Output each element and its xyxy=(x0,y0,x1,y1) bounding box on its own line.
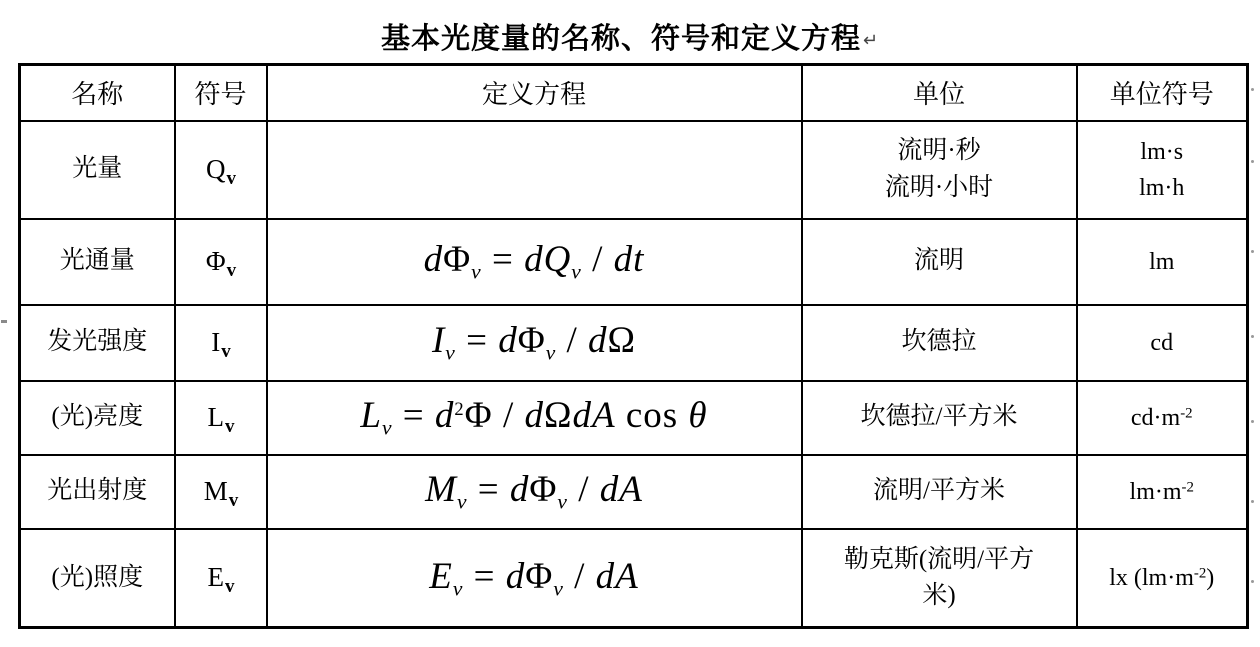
equation-cell: dΦv = dQv / dt xyxy=(267,219,802,305)
equation: Mv = dΦv / dA xyxy=(425,469,643,510)
symbol-cell: Φv xyxy=(175,219,267,305)
unit-symbol-cell: cd xyxy=(1077,305,1248,381)
table-header-row: 名称符号定义方程单位单位符号 xyxy=(20,65,1248,121)
unit-symbol-cell: lx (lm·m-2) xyxy=(1077,529,1248,628)
column-header: 定义方程 xyxy=(267,65,802,121)
margin-mark xyxy=(1251,335,1254,338)
unit-symbol-cell: lm xyxy=(1077,219,1248,305)
equation: Ev = dΦv / dA xyxy=(429,556,638,597)
quantity-name-cell: 光通量 xyxy=(20,219,175,305)
margin-mark xyxy=(1251,88,1254,91)
unit-cell: 坎德拉/平方米 xyxy=(802,381,1077,455)
table-row: 光出射度 Mv Mv = dΦv / dA 流明/平方米 lm·m-2 xyxy=(20,455,1248,529)
table-row: 光通量 Φv dΦv = dQv / dt 流明 lm xyxy=(20,219,1248,305)
symbol-subscript: v xyxy=(229,490,239,511)
symbol-cell: Qv xyxy=(175,121,267,219)
margin-mark xyxy=(1251,160,1254,163)
unit-symbol-cell: cd·m-2 xyxy=(1077,381,1248,455)
equation: Lv = d2Φ / dΩdA cos θ xyxy=(360,395,707,436)
document-page: 基本光度量的名称、符号和定义方程↵ 名称符号定义方程单位单位符号 光量 Qv 流… xyxy=(0,0,1260,647)
unit-cell: 流明 xyxy=(802,219,1077,305)
table-title-text: 基本光度量的名称、符号和定义方程 xyxy=(381,23,861,55)
symbol-cell: Iv xyxy=(175,305,267,381)
unit-cell: 流明·秒流明·小时 xyxy=(802,121,1077,219)
unit-symbol-cell: lm·slm·h xyxy=(1077,121,1248,219)
equation-cell xyxy=(267,121,802,219)
margin-mark xyxy=(1251,420,1254,423)
unit-symbol-cell: lm·m-2 xyxy=(1077,455,1248,529)
unit-cell: 勒克斯(流明/平方米) xyxy=(802,529,1077,628)
quantity-name-cell: (光)亮度 xyxy=(20,381,175,455)
quantity-name-cell: 光量 xyxy=(20,121,175,219)
column-header: 单位符号 xyxy=(1077,65,1248,121)
symbol-cell: Mv xyxy=(175,455,267,529)
table-title: 基本光度量的名称、符号和定义方程↵ xyxy=(0,16,1260,57)
unit-cell: 流明/平方米 xyxy=(802,455,1077,529)
margin-mark xyxy=(1251,500,1254,503)
symbol-base: M xyxy=(204,476,228,506)
symbol-base: Φ xyxy=(206,246,226,276)
margin-mark xyxy=(1251,250,1254,253)
symbol-base: E xyxy=(208,562,225,592)
symbol-subscript: v xyxy=(221,341,231,362)
quantity-name-cell: 光出射度 xyxy=(20,455,175,529)
column-header: 单位 xyxy=(802,65,1077,121)
equation-cell: Iv = dΦv / dΩ xyxy=(267,305,802,381)
column-header: 符号 xyxy=(175,65,267,121)
quantity-name-cell: (光)照度 xyxy=(20,529,175,628)
symbol-cell: Lv xyxy=(175,381,267,455)
symbol-base: Q xyxy=(206,154,226,184)
symbol-subscript: v xyxy=(227,168,237,189)
equation: Iv = dΦv / dΩ xyxy=(432,320,636,361)
table-row: 发光强度 Iv Iv = dΦv / dΩ 坎德拉 cd xyxy=(20,305,1248,381)
equation-cell: Lv = d2Φ / dΩdA cos θ xyxy=(267,381,802,455)
symbol-base: L xyxy=(208,402,225,432)
equation-cell: Ev = dΦv / dA xyxy=(267,529,802,628)
table-row: (光)亮度 Lv Lv = d2Φ / dΩdA cos θ 坎德拉/平方米 c… xyxy=(20,381,1248,455)
unit-cell: 坎德拉 xyxy=(802,305,1077,381)
equation: dΦv = dQv / dt xyxy=(424,239,645,280)
column-header: 名称 xyxy=(20,65,175,121)
symbol-subscript: v xyxy=(227,260,237,281)
margin-mark xyxy=(1,320,7,323)
symbol-subscript: v xyxy=(225,416,235,437)
margin-mark xyxy=(1251,580,1254,583)
table-row: (光)照度 Ev Ev = dΦv / dA 勒克斯(流明/平方米) lx (l… xyxy=(20,529,1248,628)
table-row: 光量 Qv 流明·秒流明·小时 lm·slm·h xyxy=(20,121,1248,219)
symbol-cell: Ev xyxy=(175,529,267,628)
paragraph-return-mark: ↵ xyxy=(863,30,879,50)
quantity-name-cell: 发光强度 xyxy=(20,305,175,381)
symbol-subscript: v xyxy=(225,576,235,597)
photometry-table: 名称符号定义方程单位单位符号 光量 Qv 流明·秒流明·小时 lm·slm·h … xyxy=(18,63,1249,629)
equation-cell: Mv = dΦv / dA xyxy=(267,455,802,529)
symbol-base: I xyxy=(211,327,220,357)
